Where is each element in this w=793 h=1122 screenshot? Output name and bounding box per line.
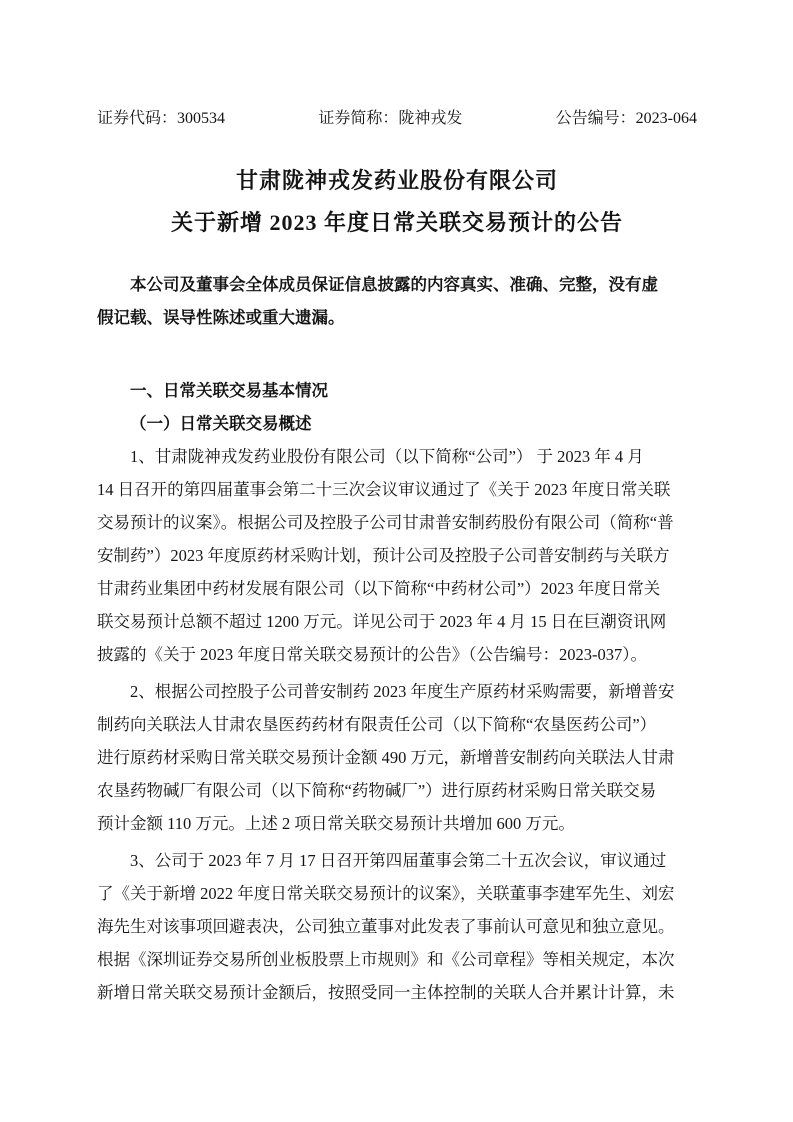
- paragraph-2: 2、根据公司控股子公司普安制药 2023 年度生产原药材采购需要，新增普安 制药…: [97, 675, 697, 840]
- document-page: 证券代码：300534 证券简称：陇神戎发 公告编号：2023-064 甘肃陇神…: [0, 0, 793, 1122]
- stock-code: 证券代码：300534: [97, 108, 225, 130]
- stock-short-name: 证券简称：陇神戎发: [318, 108, 462, 130]
- disclosure-notice: 本公司及董事会全体成员保证信息披露的内容真实、准确、完整，没有虚 假记载、误导性…: [97, 268, 697, 334]
- announcement-title: 关于新增 2023 年度日常关联交易预计的公告: [97, 202, 697, 244]
- title-block: 甘肃陇神戎发药业股份有限公司 关于新增 2023 年度日常关联交易预计的公告: [97, 160, 697, 244]
- section-heading-1-1: （一）日常关联交易概述: [97, 407, 697, 440]
- company-name-title: 甘肃陇神戎发药业股份有限公司: [97, 160, 697, 202]
- document-header: 证券代码：300534 证券简称：陇神戎发 公告编号：2023-064: [97, 108, 697, 130]
- announcement-number: 公告编号：2023-064: [556, 108, 697, 130]
- paragraph-3: 3、公司于 2023 年 7 月 17 日召开第四届董事会第二十五次会议，审议通…: [97, 844, 697, 1009]
- paragraph-1: 1、甘肃陇神戎发药业股份有限公司（以下简称“公司”） 于 2023 年 4 月 …: [97, 440, 697, 671]
- section-heading-1: 一、日常关联交易基本情况: [97, 374, 697, 407]
